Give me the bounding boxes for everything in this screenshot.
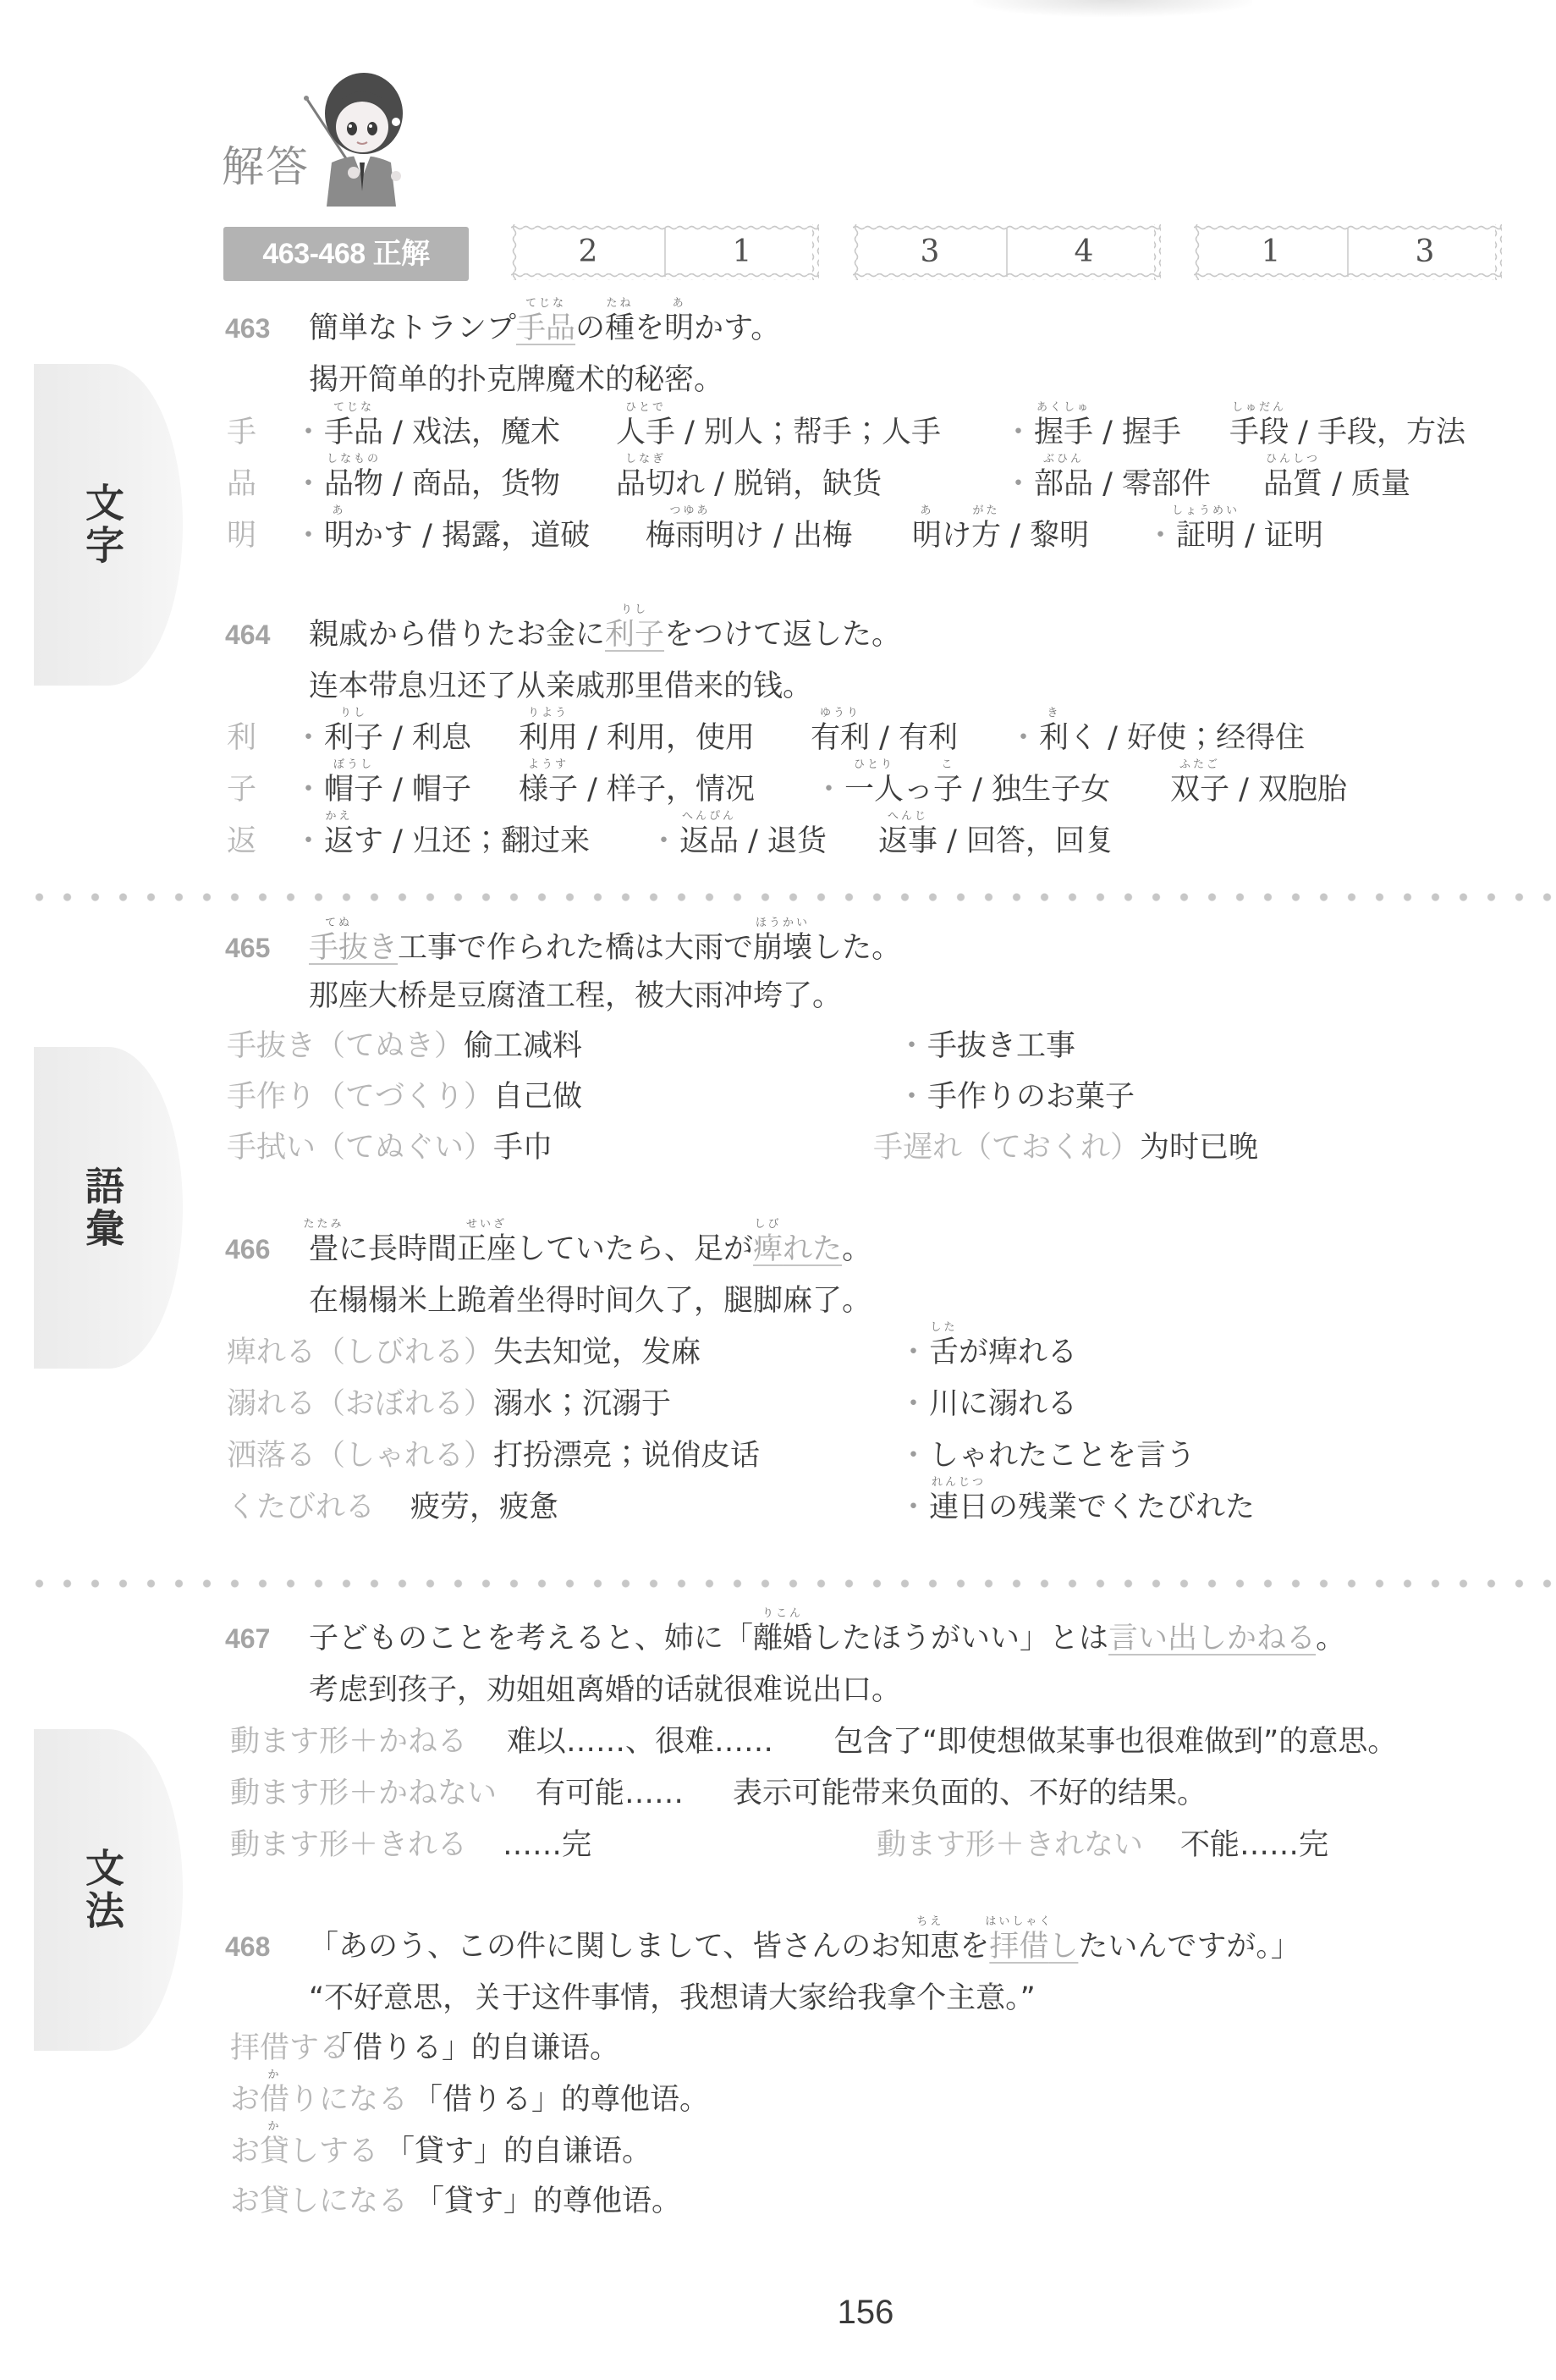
word-text: 品質 bbox=[1263, 467, 1322, 501]
word-text: 証明 bbox=[1176, 519, 1235, 553]
word-text: す bbox=[354, 824, 383, 858]
ruby-reading: れんじつ bbox=[932, 1477, 986, 1488]
ruby-reading: あ bbox=[920, 505, 933, 516]
ruby-reading: しょうめい bbox=[1172, 505, 1240, 516]
meaning-text: / 利用，使用 bbox=[578, 721, 755, 755]
ruby-reading: ほうかい bbox=[756, 917, 810, 928]
grammar-meaning: ……完 bbox=[503, 1828, 591, 1862]
word-text: 品切 bbox=[616, 467, 675, 501]
ruby-reading: てじな bbox=[333, 402, 374, 413]
ruby-word: 連日れんじつ bbox=[929, 1490, 988, 1524]
ruby-word: 子こ bbox=[933, 773, 963, 807]
meaning-text: / 黎明 bbox=[1001, 519, 1089, 553]
vocab-meaning: 为时已晚 bbox=[1140, 1131, 1258, 1165]
page-number: 156 bbox=[822, 2295, 909, 2330]
ruby-reading: しび bbox=[755, 1219, 782, 1230]
ruby-word: 部品ぶひん bbox=[1034, 467, 1093, 501]
word-text: 利用 bbox=[519, 721, 578, 755]
ruby-word: 手品てじな bbox=[324, 416, 383, 449]
ruby-word: 貸か bbox=[260, 2135, 289, 2168]
question-number: 465 bbox=[225, 931, 270, 965]
grammar-row: 動ます形＋きれる ……完 動ます形＋きれない 不能……完 bbox=[0, 1828, 1556, 1862]
term-text: しする bbox=[289, 2135, 378, 2168]
answer-range-badge: 463-468 正解 bbox=[223, 227, 469, 281]
note-entry: 手品てじな / 戏法，魔术 bbox=[324, 416, 560, 449]
note-entry: 返事へんじ / 回答，回复 bbox=[878, 824, 1114, 858]
target-word: 利子 bbox=[605, 618, 664, 652]
question-sentence: 簡単なトランプ手品てじなの種たねを明あかす。 bbox=[309, 311, 780, 345]
grammar-meaning: 难以……、很难…… bbox=[507, 1725, 773, 1759]
sentence-text: 子どものことを考えると、姉に「 bbox=[309, 1622, 753, 1656]
target-word: れた bbox=[783, 1232, 842, 1266]
meaning-text: / 别人；帮手；人手 bbox=[675, 416, 941, 449]
meaning-text: / 帽子 bbox=[383, 773, 471, 807]
ruby-word: 痺しび bbox=[753, 1232, 783, 1266]
ruby-reading: かえ bbox=[325, 811, 352, 822]
sentence-text: した。 bbox=[812, 931, 901, 965]
ruby-word: 利子りし bbox=[605, 618, 664, 652]
vocab-meaning: 偷工减料 bbox=[464, 1029, 582, 1063]
ruby-reading: がた bbox=[973, 505, 1000, 516]
example-text: 手抜き工事 bbox=[927, 1029, 1075, 1063]
meaning-text: / 揭露，道破 bbox=[413, 519, 590, 553]
meaning-text: / 回答，回复 bbox=[937, 824, 1114, 858]
vocab-entry: 手遅れ（ておくれ）为时已晚 bbox=[873, 1131, 1258, 1165]
bullet: ・ bbox=[294, 467, 323, 501]
grammar-row: 拝借する 「借りる」的自谦语。 bbox=[0, 2031, 1556, 2065]
translation: 那座大桥是豆腐渣工程，被大雨冲垮了。 bbox=[309, 979, 842, 1013]
term-text: りになる bbox=[289, 2083, 408, 2117]
vocab-meaning: 失去知觉，发麻 bbox=[493, 1336, 701, 1369]
sentence-text: 正座 bbox=[457, 1232, 516, 1266]
ruby-word: 利き bbox=[1039, 721, 1069, 755]
vocab-row: くたびれる 疲劳，疲惫 ・ 連日れんじつの残業でくたびれた bbox=[0, 1490, 1556, 1524]
ruby-reading: あくしゅ bbox=[1036, 402, 1091, 413]
ruby-reading: りこん bbox=[762, 1608, 803, 1619]
vocab-entry: 手拭い（てぬぐい）手巾 bbox=[227, 1131, 553, 1165]
answer-group: 2 1 bbox=[511, 224, 819, 280]
meaning-text: / 证明 bbox=[1235, 519, 1323, 553]
vocab-word: 手遅れ bbox=[873, 1131, 962, 1165]
kanji-note-row: 返 ・ 返かえす / 归还；翻过来 ・ 返品へんぴん / 退货 返事へんじ / … bbox=[0, 824, 1556, 858]
sentence-text: 畳 bbox=[309, 1232, 338, 1266]
term-text: お bbox=[230, 2083, 260, 2117]
vocab-reading: （しびれる） bbox=[316, 1336, 493, 1369]
vocab-word: 手抜き bbox=[227, 1029, 316, 1063]
word-text: 子 bbox=[933, 773, 963, 807]
sentence-text: 。 bbox=[842, 1232, 871, 1266]
vocab-entry: 洒落る（しゃれる）打扮漂亮；说俏皮话 bbox=[227, 1439, 760, 1473]
target-word: 痺 bbox=[753, 1232, 783, 1266]
example-text: 連日 bbox=[929, 1490, 988, 1524]
word-text: 部品 bbox=[1034, 467, 1093, 501]
word-text: 明 bbox=[324, 519, 354, 553]
ruby-word: 有利ゆうり bbox=[811, 721, 870, 755]
ruby-reading: せいざ bbox=[466, 1219, 507, 1230]
vocab-meaning: 疲劳，疲惫 bbox=[410, 1490, 558, 1524]
question-number: 467 bbox=[225, 1622, 270, 1656]
sentence-text: に長時間 bbox=[338, 1232, 457, 1266]
dotted-separator bbox=[25, 1578, 1556, 1589]
sentence-text: 離婚 bbox=[753, 1622, 812, 1656]
vocab-meaning: 打扮漂亮；说俏皮话 bbox=[493, 1439, 760, 1473]
ruby-word: 崩壊ほうかい bbox=[753, 931, 812, 965]
ruby-reading: ぼうし bbox=[333, 759, 374, 770]
sentence-text: 知恵 bbox=[900, 1930, 959, 1964]
kanji-label: 子 bbox=[227, 773, 256, 807]
example-text: 川に溺れる bbox=[929, 1387, 1077, 1421]
translation: “不好意思，关于这件事情，我想请大家给我拿个主意。” bbox=[309, 1981, 1036, 2015]
question-sentence: 手抜てぬき工事で作られた橋は大雨で崩壊ほうかいした。 bbox=[309, 931, 901, 965]
ruby-reading: りよう bbox=[528, 708, 569, 719]
vocab-word: 痺れる bbox=[227, 1336, 316, 1369]
meaning-text: / 样子，情况 bbox=[578, 773, 755, 807]
vocab-word: 手作り bbox=[227, 1080, 316, 1114]
ruby-reading: あ bbox=[332, 505, 345, 516]
sentence-text: をつけて返した。 bbox=[664, 618, 901, 652]
grammar-pattern: 動ます形＋きれる bbox=[230, 1828, 467, 1862]
word-text: 手品 bbox=[324, 416, 383, 449]
bullet: ・ bbox=[1146, 519, 1175, 553]
bullet: ・ bbox=[814, 773, 844, 807]
meaning-text: / 质量 bbox=[1322, 467, 1410, 501]
ruby-word: 拝借はいしゃく bbox=[989, 1930, 1048, 1964]
word-text: 手段 bbox=[1229, 416, 1289, 449]
sentence-text: していたら、足が bbox=[516, 1232, 753, 1266]
ruby-word: 離婚りこん bbox=[753, 1622, 812, 1656]
ruby-word: 知恵ちえ bbox=[900, 1930, 959, 1964]
ruby-reading: へんぴん bbox=[682, 811, 736, 822]
ruby-word: 手品てじな bbox=[516, 311, 575, 345]
ruby-reading: ゆうり bbox=[820, 708, 860, 719]
word-text: れ bbox=[675, 467, 705, 501]
target-word: き bbox=[368, 931, 398, 965]
ruby-reading: はいしゃく bbox=[985, 1916, 1053, 1927]
sentence-text: 「あのう、この件に関しまして、皆さんのお bbox=[309, 1930, 900, 1964]
sentence-text: 。 bbox=[1316, 1622, 1345, 1656]
ruby-word: 明あ bbox=[912, 519, 942, 553]
bullet: ・ bbox=[899, 1336, 928, 1369]
answer-group: 1 3 bbox=[1194, 224, 1502, 280]
sentence-text: の bbox=[575, 311, 605, 345]
bullet: ・ bbox=[1003, 416, 1033, 449]
sentence-text: を bbox=[635, 311, 664, 345]
ruby-reading: ひとで bbox=[625, 402, 666, 413]
kanji-note-row: 利 ・ 利子りし / 利息 利用りよう / 利用，使用 有利ゆうり / 有利 ・… bbox=[0, 721, 1556, 755]
grammar-pattern: 動ます形＋かねる bbox=[230, 1725, 467, 1759]
target-word: 拝借 bbox=[989, 1930, 1048, 1964]
note-entry: 返品へんぴん / 退货 bbox=[679, 824, 827, 858]
note-entry: 利用りよう / 利用，使用 bbox=[519, 721, 755, 755]
bullet: ・ bbox=[1009, 721, 1038, 755]
word-text: 方 bbox=[971, 519, 1001, 553]
vocab-entry: 溺れる（おぼれる）溺水；沉溺于 bbox=[227, 1387, 671, 1421]
target-word: 手品 bbox=[516, 311, 575, 345]
vocab-reading: （てぬき） bbox=[316, 1029, 464, 1063]
vocab-entry: 痺れる（しびれる）失去知觉，发麻 bbox=[227, 1336, 701, 1369]
question-sentence: 畳たたみに長時間正座せいざしていたら、足が痺しびれた。 bbox=[309, 1232, 871, 1266]
word-text: かす bbox=[354, 519, 413, 553]
sentence-text: 種 bbox=[605, 311, 635, 345]
ruby-word: 利用りよう bbox=[519, 721, 578, 755]
grammar-note: 表示可能带来负面的、不好的结果。 bbox=[733, 1777, 1207, 1810]
note-entry: 梅雨明つゆあけ / 出梅 bbox=[646, 519, 852, 553]
question-number: 468 bbox=[225, 1930, 270, 1964]
ruby-word: 握手あくしゅ bbox=[1034, 416, 1093, 449]
ruby-reading: しなぎ bbox=[625, 454, 666, 465]
note-entry: 品質ひんしつ / 质量 bbox=[1263, 467, 1410, 501]
answer-page: { "header": { "title": "解答", "mascot_ico… bbox=[0, 0, 1556, 2380]
note-entry: 様子ようす / 样子，情况 bbox=[519, 773, 755, 807]
question-sentence: 親戚から借りたお金に利子りしをつけて返した。 bbox=[309, 618, 901, 652]
scan-artifact bbox=[973, 0, 1252, 17]
vocab-meaning: 自己做 bbox=[493, 1080, 582, 1114]
grammar-term: お貸しになる bbox=[230, 2184, 408, 2218]
vocab-row: 手作り（てづくり）自己做 ・ 手作りのお菓子 bbox=[0, 1080, 1556, 1114]
ruby-word: 返かえ bbox=[324, 824, 354, 858]
meaning-text: / 退货 bbox=[739, 824, 827, 858]
word-text: 双子 bbox=[1170, 773, 1229, 807]
note-entry: 有利ゆうり / 有利 bbox=[811, 721, 958, 755]
meaning-text: / 脱销，缺货 bbox=[705, 467, 882, 501]
bullet: ・ bbox=[294, 416, 323, 449]
ruby-word: 種たね bbox=[605, 311, 635, 345]
ruby-reading: りし bbox=[340, 708, 367, 719]
example: 連日れんじつの残業でくたびれた bbox=[929, 1490, 1255, 1524]
ruby-word: 畳たたみ bbox=[309, 1232, 338, 1266]
question-sentence: 子どものことを考えると、姉に「離婚りこんしたほうがいい」とは言い出しかねる。 bbox=[309, 1622, 1345, 1656]
question-number: 463 bbox=[225, 311, 270, 345]
note-entry: 利きく / 好使；经得住 bbox=[1039, 721, 1305, 755]
meaning-text: / 好使；经得住 bbox=[1098, 721, 1305, 755]
meaning-text: / 握手 bbox=[1093, 416, 1181, 449]
kanji-note-row: 品 ・ 品物しなもの / 商品，货物 品切しなぎれ / 脱销，缺货 ・ 部品ぶひ… bbox=[0, 467, 1556, 501]
question-number: 466 bbox=[225, 1232, 270, 1266]
grammar-meaning: 「借りる」的自谦语。 bbox=[323, 2031, 619, 2065]
ruby-reading: した bbox=[930, 1322, 957, 1333]
note-entry: 帽子ぼうし / 帽子 bbox=[324, 773, 471, 807]
ruby-word: 正座せいざ bbox=[457, 1232, 516, 1266]
word-text: 帽子 bbox=[324, 773, 383, 807]
bullet: ・ bbox=[294, 773, 323, 807]
note-entry: 明あけ方がた / 黎明 bbox=[912, 519, 1089, 553]
meaning-text: / 出梅 bbox=[764, 519, 852, 553]
sentence-text: 崩壊 bbox=[753, 931, 812, 965]
ruby-word: 証明しょうめい bbox=[1176, 519, 1235, 553]
meaning-text: / 有利 bbox=[870, 721, 958, 755]
word-text: 返 bbox=[324, 824, 354, 858]
term-text: 借 bbox=[260, 2083, 289, 2117]
ruby-word: 利子りし bbox=[324, 721, 383, 755]
ruby-word: 借か bbox=[260, 2083, 289, 2117]
example-text: の残業でくたびれた bbox=[988, 1490, 1255, 1524]
ruby-word: 手抜てぬ bbox=[309, 931, 368, 965]
answer-cell: 1 bbox=[1194, 224, 1348, 280]
sentence-text: 工事で作られた橋は大雨で bbox=[398, 931, 753, 965]
answer-cell: 3 bbox=[853, 224, 1007, 280]
sentence-text: かす。 bbox=[694, 311, 780, 345]
ruby-word: 人手ひとで bbox=[616, 416, 675, 449]
note-entry: 利子りし / 利息 bbox=[324, 721, 471, 755]
sentence-text: を bbox=[959, 1930, 989, 1964]
side-tab-label: 語彙 bbox=[81, 1165, 124, 1250]
vocab-word: 洒落る bbox=[227, 1439, 316, 1473]
vocab-row: 痺れる（しびれる）失去知觉，发麻 ・ 舌したが痺れる bbox=[0, 1336, 1556, 1369]
ruby-reading: りし bbox=[621, 604, 648, 615]
vocab-entry: 手作り（てづくり）自己做 bbox=[227, 1080, 582, 1114]
vocab-word: 溺れる bbox=[227, 1387, 316, 1421]
word-text: け bbox=[734, 519, 764, 553]
word-text: 品物 bbox=[324, 467, 383, 501]
question-number: 464 bbox=[225, 618, 270, 652]
word-text: 様子 bbox=[519, 773, 578, 807]
word-text: け bbox=[942, 519, 971, 553]
grammar-row: お借かりになる 「借りる」的尊他语。 bbox=[0, 2083, 1556, 2117]
word-text: 梅雨明 bbox=[646, 519, 734, 553]
ruby-reading: か bbox=[268, 2121, 282, 2132]
bullet: ・ bbox=[294, 721, 323, 755]
vocab-entry: 手抜き（てぬき）偷工减料 bbox=[227, 1029, 582, 1063]
ruby-reading: しゅだん bbox=[1232, 402, 1286, 413]
example-text: 舌 bbox=[929, 1336, 959, 1369]
ruby-word: 返事へんじ bbox=[878, 824, 937, 858]
ruby-word: 一人ひとり bbox=[844, 773, 904, 807]
ruby-reading: てじな bbox=[525, 298, 566, 309]
ruby-reading: たたみ bbox=[303, 1219, 344, 1230]
note-entry: 握手あくしゅ / 握手 bbox=[1034, 416, 1181, 449]
bullet: ・ bbox=[899, 1387, 928, 1421]
ruby-reading: たね bbox=[607, 298, 634, 309]
translation: 揭开简单的扑克牌魔术的秘密。 bbox=[309, 363, 723, 397]
kanji-note-row: 手 ・ 手品てじな / 戏法，魔术 人手ひとで / 别人；帮手；人手 ・ 握手あ… bbox=[0, 416, 1556, 449]
bullet: ・ bbox=[897, 1080, 926, 1114]
word-text: 握手 bbox=[1034, 416, 1093, 449]
vocab-word: 手拭い bbox=[227, 1131, 316, 1165]
vocab-meaning: 手巾 bbox=[493, 1131, 553, 1165]
term-text: 貸 bbox=[260, 2135, 289, 2168]
answer-cell: 2 bbox=[511, 224, 665, 280]
grammar-row: 動ます形＋かねる 难以……、很难…… 包含了“即使想做某事也很难做到”的意思。 bbox=[0, 1725, 1556, 1759]
ruby-word: 品切しなぎ bbox=[616, 467, 675, 501]
sentence-text: したほうがいい」とは bbox=[812, 1622, 1108, 1656]
grammar-meaning: 有可能…… bbox=[536, 1777, 684, 1810]
meaning-text: / 利息 bbox=[383, 721, 471, 755]
vocab-word: くたびれる bbox=[227, 1490, 375, 1524]
word-text: 一人 bbox=[844, 773, 904, 807]
note-entry: 品切しなぎれ / 脱销，缺货 bbox=[616, 467, 882, 501]
bullet: ・ bbox=[294, 519, 323, 553]
grammar-row: 動ます形＋かねない 有可能…… 表示可能带来负面的、不好的结果。 bbox=[0, 1777, 1556, 1810]
ruby-word: 品質ひんしつ bbox=[1263, 467, 1322, 501]
meaning-text: / 手段，方法 bbox=[1289, 416, 1465, 449]
bullet: ・ bbox=[649, 824, 679, 858]
ruby-reading: あ bbox=[673, 298, 686, 309]
note-entry: 返かえす / 归还；翻过来 bbox=[324, 824, 590, 858]
meaning-text: / 双胞胎 bbox=[1229, 773, 1347, 807]
grammar-meaning: 「貸す」的尊他语。 bbox=[415, 2184, 681, 2218]
kanji-label: 品 bbox=[227, 467, 256, 501]
answer-cell: 1 bbox=[665, 224, 819, 280]
meaning-text: / 商品，货物 bbox=[383, 467, 560, 501]
kanji-note-row: 明 ・ 明あかす / 揭露，道破 梅雨明つゆあけ / 出梅 明あけ方がた / 黎… bbox=[0, 519, 1556, 553]
vocab-row: 手抜き（てぬき）偷工减料 ・ 手抜き工事 bbox=[0, 1029, 1556, 1063]
vocab-row: 手拭い（てぬぐい）手巾 手遅れ（ておくれ）为时已晚 bbox=[0, 1131, 1556, 1165]
bullet: ・ bbox=[1003, 467, 1033, 501]
vocab-reading: （てぬぐい） bbox=[316, 1131, 493, 1165]
grammar-note: 包含了“即使想做某事也很难做到”的意思。 bbox=[833, 1725, 1397, 1759]
ruby-word: 手段しゅだん bbox=[1229, 416, 1289, 449]
target-word: し bbox=[1048, 1930, 1078, 1964]
ruby-reading: へんじ bbox=[888, 811, 928, 822]
ruby-reading: か bbox=[268, 2069, 282, 2080]
vocab-reading: （おぼれる） bbox=[316, 1387, 493, 1421]
bullet: ・ bbox=[899, 1439, 928, 1473]
kanji-label: 明 bbox=[227, 519, 256, 553]
ruby-reading: き bbox=[1047, 708, 1060, 719]
grammar-pattern: 動ます形＋かねない bbox=[230, 1777, 497, 1810]
ruby-reading: つゆあ bbox=[669, 505, 710, 516]
vocab-row: 洒落る（しゃれる）打扮漂亮；说俏皮话 ・ しゃれたことを言う bbox=[0, 1439, 1556, 1473]
kanji-note-row: 子 ・ 帽子ぼうし / 帽子 様子ようす / 样子，情况 ・ 一人ひとりっ子こ … bbox=[0, 773, 1556, 807]
word-text: 返品 bbox=[679, 824, 739, 858]
ruby-reading: ぶひん bbox=[1043, 454, 1084, 465]
grammar-row: お貸しになる 「貸す」的尊他语。 bbox=[0, 2184, 1556, 2218]
ruby-reading: ちえ bbox=[916, 1916, 943, 1927]
page-title: 解答 bbox=[222, 142, 310, 191]
note-entry: 手段しゅだん / 手段，方法 bbox=[1229, 416, 1465, 449]
ruby-reading: こ bbox=[942, 759, 955, 770]
meaning-text: / 归还；翻过来 bbox=[383, 824, 590, 858]
bullet: ・ bbox=[899, 1490, 928, 1524]
vocab-row: 溺れる（おぼれる）溺水；沉溺于 ・ 川に溺れる bbox=[0, 1387, 1556, 1421]
kanji-label: 利 bbox=[227, 721, 256, 755]
ruby-word: 様子ようす bbox=[519, 773, 578, 807]
sentence-text: 簡単なトランプ bbox=[309, 311, 516, 345]
answer-cell: 3 bbox=[1348, 224, 1502, 280]
grammar-term: お借かりになる bbox=[230, 2083, 408, 2117]
note-entry: 双子ふたご / 双胞胎 bbox=[1170, 773, 1347, 807]
ruby-word: 舌した bbox=[929, 1336, 959, 1369]
vocab-reading: （ておくれ） bbox=[962, 1131, 1140, 1165]
ruby-word: 双子ふたご bbox=[1170, 773, 1229, 807]
note-entry: 明あかす / 揭露，道破 bbox=[324, 519, 590, 553]
answer-group: 3 4 bbox=[853, 224, 1161, 280]
question-sentence: 「あのう、この件に関しまして、皆さんのお知恵ちえを拝借はいしゃくしたいんですが。… bbox=[309, 1930, 1300, 1964]
vocab-meaning: 溺水；沉溺于 bbox=[493, 1387, 671, 1421]
example-text: が痺れる bbox=[959, 1336, 1077, 1369]
teacher-mascot-icon bbox=[301, 68, 421, 208]
ruby-reading: ようす bbox=[528, 759, 569, 770]
ruby-word: 方がた bbox=[971, 519, 1001, 553]
sentence-text: たいんですが。」 bbox=[1078, 1930, 1300, 1964]
translation: 在榻榻米上跪着坐得时间久了，腿脚麻了。 bbox=[309, 1284, 871, 1318]
grammar-pattern: 動ます形＋きれない bbox=[877, 1828, 1143, 1862]
word-text: く bbox=[1069, 721, 1098, 755]
grammar-meaning: 「借りる」的尊他语。 bbox=[413, 2083, 709, 2117]
translation: 考虑到孩子，劝姐姐离婚的话就很难说出口。 bbox=[309, 1673, 901, 1707]
ruby-reading: ふたご bbox=[1179, 759, 1220, 770]
ruby-word: 品物しなもの bbox=[324, 467, 383, 501]
ruby-word: 返品へんぴん bbox=[679, 824, 739, 858]
word-text: 利子 bbox=[324, 721, 383, 755]
ruby-reading: しなもの bbox=[327, 454, 381, 465]
word-text: 有利 bbox=[811, 721, 870, 755]
word-text: 利 bbox=[1039, 721, 1069, 755]
word-text: 人手 bbox=[616, 416, 675, 449]
example-text: 手作りのお菓子 bbox=[927, 1080, 1135, 1114]
target-word: 手抜 bbox=[309, 931, 368, 965]
kanji-label: 手 bbox=[227, 416, 256, 449]
